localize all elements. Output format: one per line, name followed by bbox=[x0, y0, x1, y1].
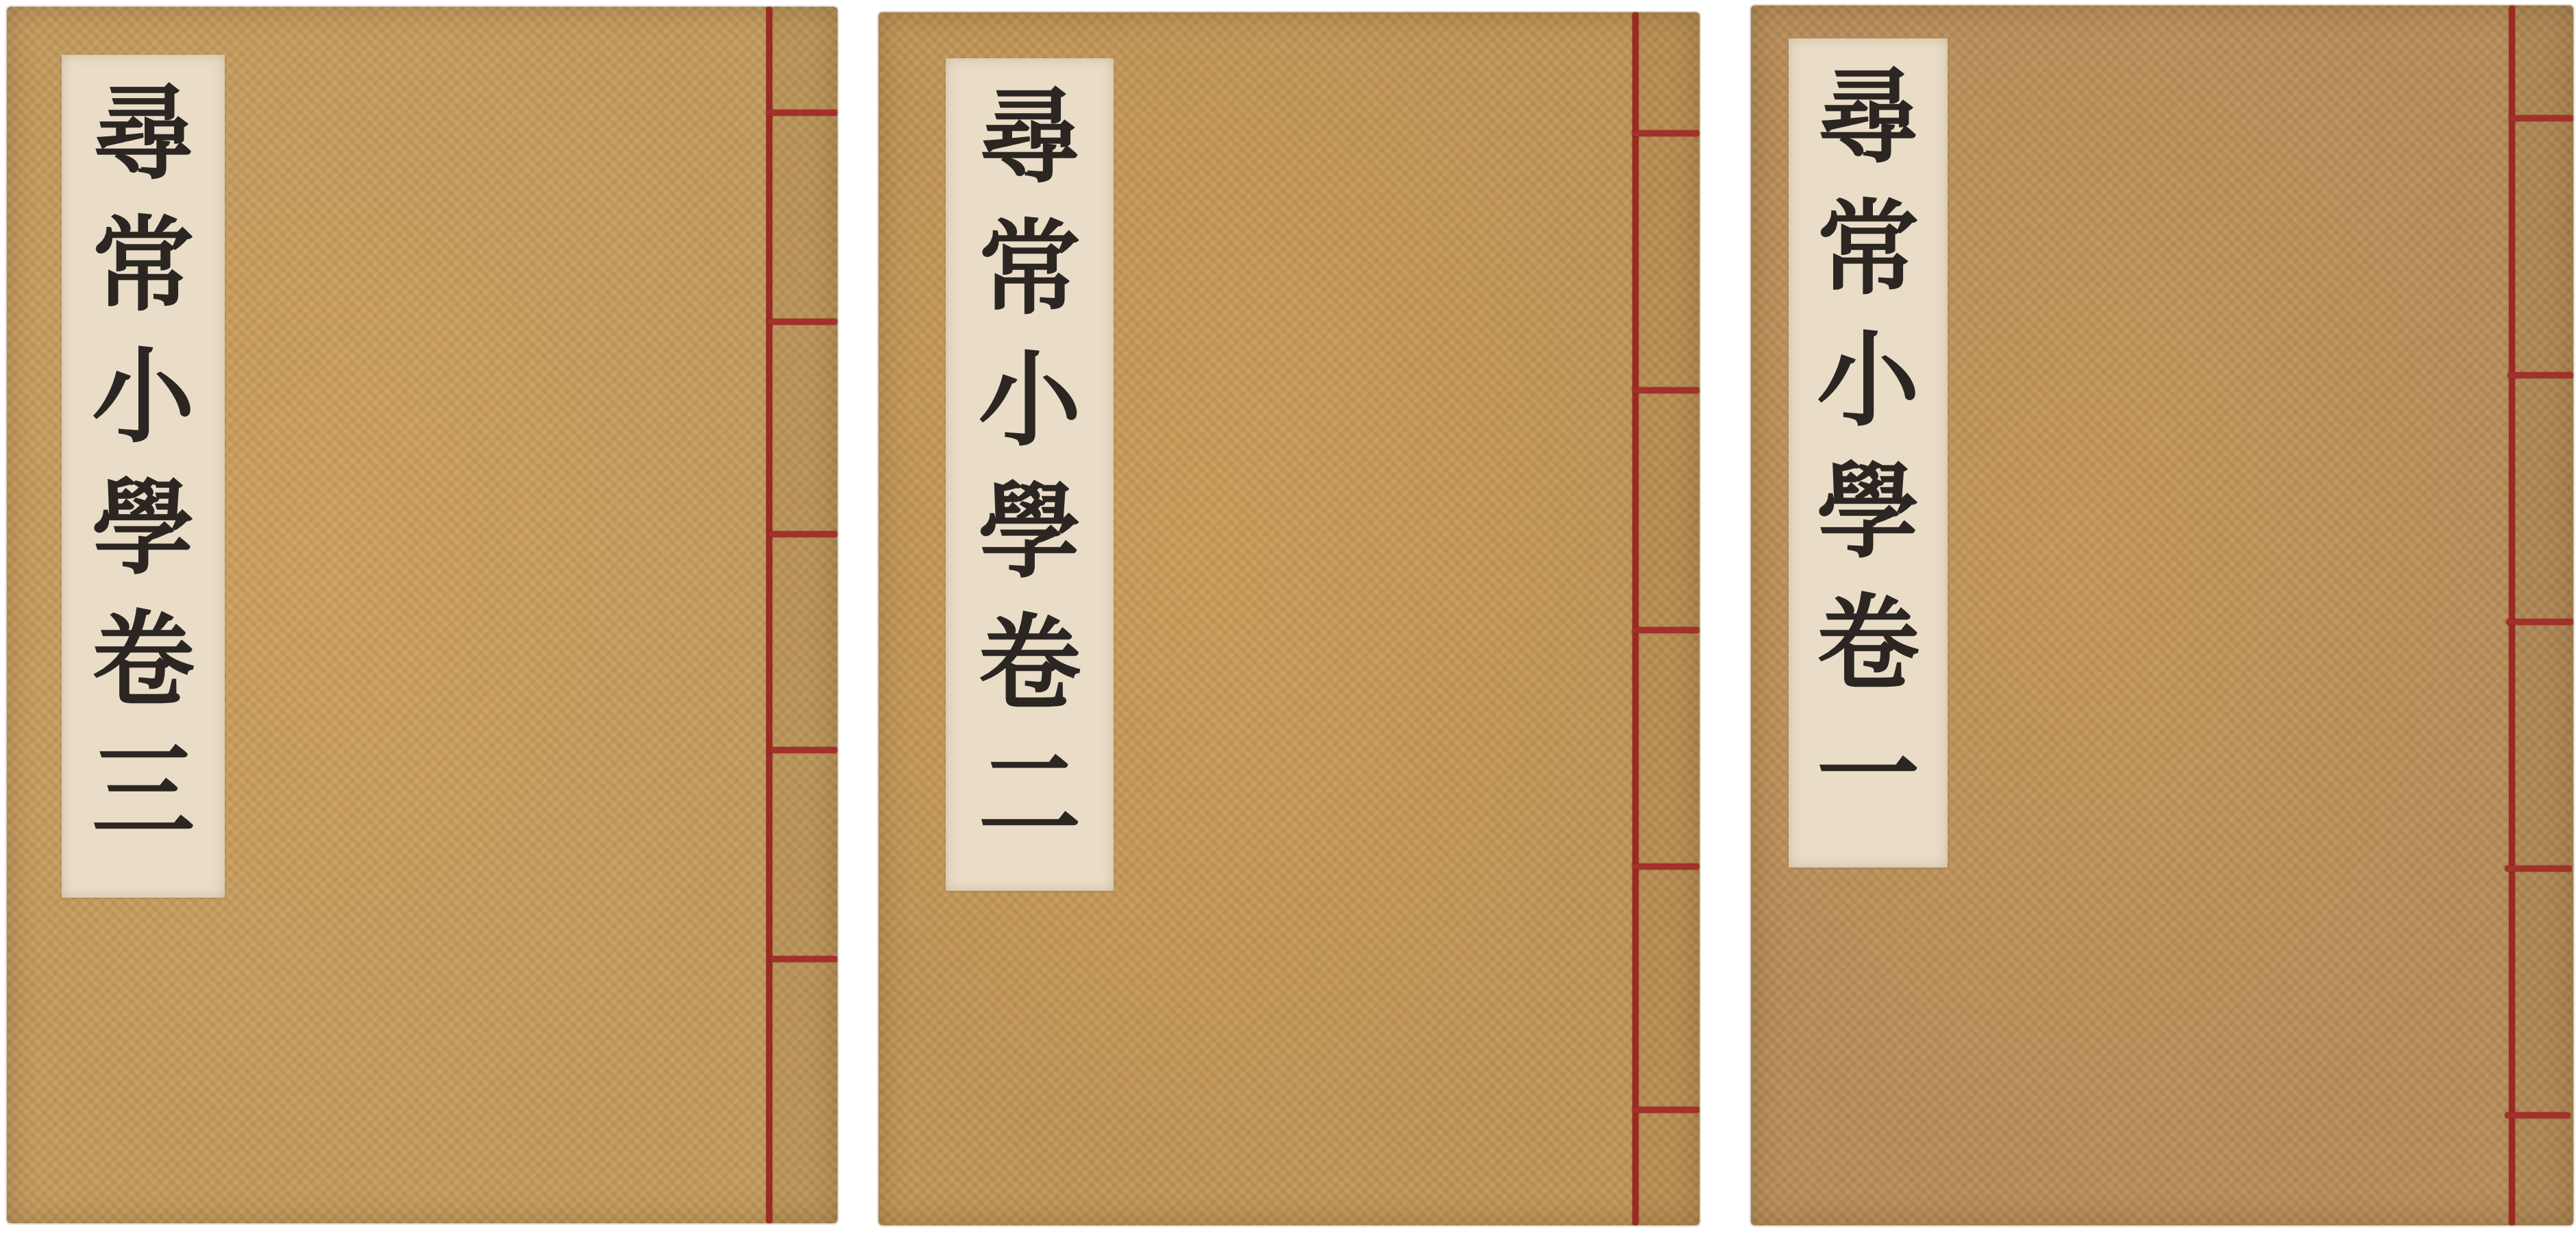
binding-stitch bbox=[1632, 130, 1700, 136]
title-char: 小 bbox=[1817, 329, 1919, 432]
binding-stitch bbox=[768, 319, 837, 325]
title-char: 尋 bbox=[1817, 66, 1919, 169]
title-char: 卷 bbox=[92, 609, 195, 711]
binding-stitch bbox=[766, 110, 837, 116]
book-spine bbox=[2510, 5, 2574, 1225]
binding-stitch bbox=[770, 956, 837, 962]
binding-stitch bbox=[770, 747, 837, 753]
book-volume-3: 尋 常 小 學 卷 三 bbox=[7, 7, 837, 1223]
title-char: 學 bbox=[1817, 461, 1919, 563]
binding-thread-vertical bbox=[2509, 5, 2515, 1225]
binding-stitch bbox=[769, 531, 837, 537]
volume-number: 三 bbox=[92, 740, 195, 843]
title-char: 常 bbox=[978, 217, 1081, 320]
title-label: 尋 常 小 學 卷 三 bbox=[62, 55, 225, 898]
title-char: 卷 bbox=[978, 612, 1081, 715]
volume-number: 二 bbox=[978, 744, 1081, 846]
binding-stitch bbox=[2505, 1112, 2571, 1118]
title-char: 常 bbox=[92, 214, 195, 317]
binding-stitch bbox=[1632, 1107, 1700, 1113]
binding-stitch bbox=[1632, 387, 1700, 393]
title-char: 小 bbox=[978, 349, 1081, 452]
title-char: 常 bbox=[1817, 197, 1919, 300]
binding-thread-vertical bbox=[766, 7, 772, 1223]
binding-stitch bbox=[2506, 619, 2573, 625]
title-label: 尋 常 小 學 卷 二 bbox=[946, 58, 1114, 891]
binding-stitch bbox=[1632, 863, 1700, 870]
title-char: 學 bbox=[978, 480, 1081, 583]
title-char: 學 bbox=[92, 477, 195, 580]
title-char: 尋 bbox=[978, 86, 1081, 188]
book-volume-2: 尋 常 小 學 卷 二 bbox=[879, 12, 1700, 1225]
binding-stitch bbox=[1632, 627, 1700, 633]
binding-stitch bbox=[2505, 866, 2572, 872]
binding-thread-vertical bbox=[1632, 12, 1639, 1225]
book-spine bbox=[766, 7, 838, 1223]
binding-stitch bbox=[2507, 372, 2573, 378]
title-char: 尋 bbox=[92, 82, 195, 185]
title-label: 尋 常 小 學 卷 一 bbox=[1789, 38, 1948, 868]
book-volume-1: 尋 常 小 學 卷 一 bbox=[1751, 5, 2573, 1225]
binding-stitch bbox=[2509, 115, 2573, 121]
volume-number: 一 bbox=[1817, 724, 1919, 826]
title-char: 小 bbox=[92, 345, 195, 448]
book-spine bbox=[1632, 12, 1700, 1225]
title-char: 卷 bbox=[1817, 592, 1919, 695]
